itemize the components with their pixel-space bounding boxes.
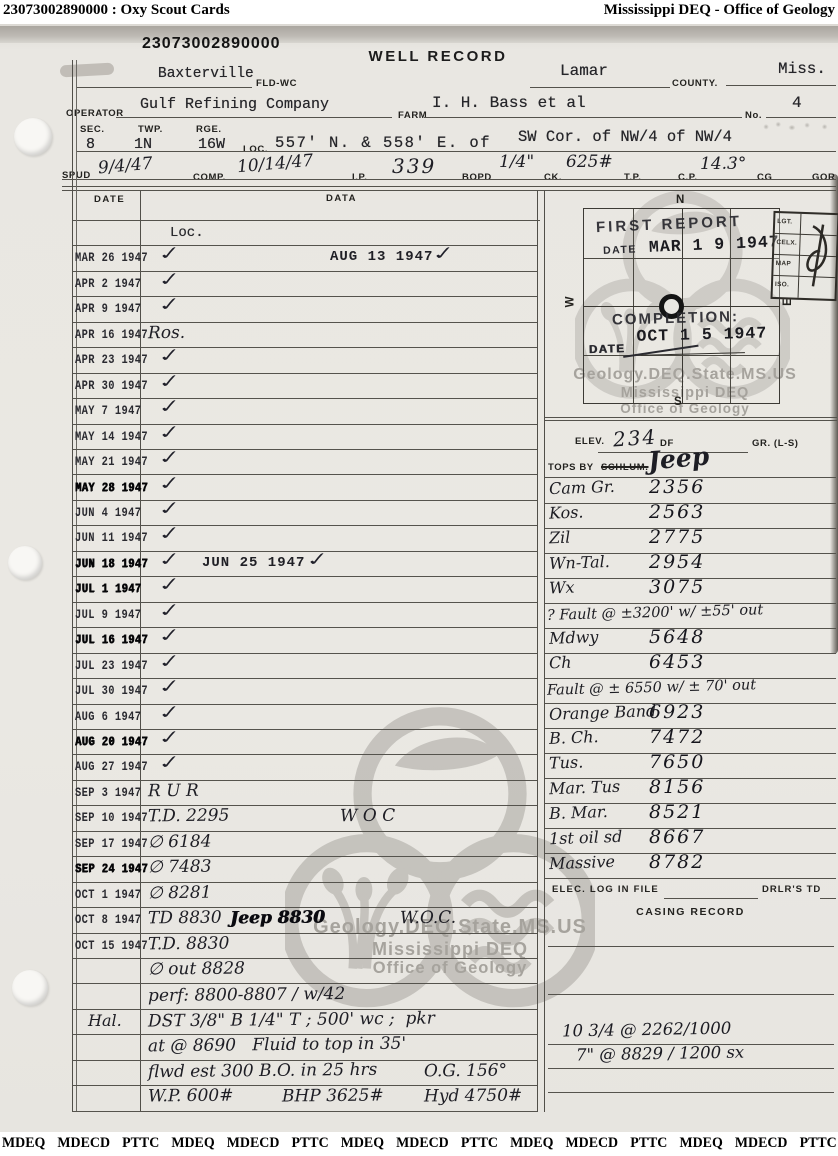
- formation-depth: 8782: [649, 851, 705, 873]
- bopd-value: 1/4": [499, 152, 534, 172]
- formation-depth: 7650: [649, 751, 705, 773]
- row-date: MAY 28 1947: [75, 480, 148, 495]
- formation-top-row: Massive8782: [545, 853, 836, 879]
- formation-name: Massive: [549, 852, 616, 873]
- checkmark-icon: ✓: [156, 547, 184, 570]
- row-date-stamp: AUG 13 1947: [330, 249, 433, 265]
- row-data: at @ 8690 Fluid to top in 35': [148, 1034, 406, 1057]
- row-date: APR 23 1947: [75, 352, 148, 367]
- table-row: AUG 6 1947✓: [72, 704, 537, 730]
- completion-date-label: DATE: [589, 343, 626, 356]
- compass-west: W: [564, 297, 576, 308]
- table-row: APR 2 1947✓: [72, 271, 537, 297]
- row-date: MAR 26 1947: [75, 250, 148, 265]
- table-row: MAR 26 1947✓AUG 13 1947✓: [72, 245, 537, 271]
- row-data-extra: Hyd 4750#: [424, 1086, 522, 1107]
- checkmark-icon: ✓: [156, 573, 184, 596]
- casing-entry: 10 3/4 @ 2262/1000: [562, 1019, 732, 1041]
- checkmark-icon: ✓: [156, 369, 184, 392]
- faint-stamp-marks: [760, 118, 836, 134]
- mini-grid-label: MAP: [776, 260, 792, 268]
- checkmark-icon: ✓: [156, 496, 184, 519]
- row-date: MAY 7 1947: [75, 403, 141, 418]
- row-date: APR 30 1947: [75, 378, 148, 393]
- table-row: JUL 23 1947✓: [72, 653, 537, 679]
- checkmark-icon: ✓: [156, 344, 184, 367]
- checkmark-icon: ✓: [156, 675, 184, 698]
- table-row: OCT 1 1947∅ 8281: [72, 882, 537, 908]
- scout-card-viewer: 23073002890000 : Oxy Scout Cards Mississ…: [0, 0, 838, 1156]
- spud-date: 9/4/47: [97, 154, 153, 179]
- table-row: APR 23 1947✓: [72, 347, 537, 373]
- data-column-header: DATA: [326, 193, 357, 204]
- table-row: MAY 7 1947✓: [72, 398, 537, 424]
- checkmark-icon: ✓: [156, 293, 184, 316]
- formation-depth: 3075: [649, 576, 705, 598]
- casing-row: 7" @ 8829 / 1200 sx: [548, 1044, 834, 1069]
- hole-punch: [8, 546, 42, 580]
- checkmark-icon: ✓: [156, 395, 184, 418]
- elev-label: ELEV.: [575, 436, 605, 447]
- row-date: APR 16 1947: [75, 327, 148, 342]
- table-row: JUN 11 1947✓: [72, 525, 537, 551]
- formation-depth: 8156: [649, 776, 705, 798]
- table-row: AUG 20 1947✓: [72, 729, 537, 755]
- formation-depth: 2563: [649, 501, 705, 523]
- checkmark-icon: ✓: [156, 598, 184, 621]
- formation-depth: 6923: [649, 701, 705, 723]
- checkmark-icon: ✓: [156, 242, 184, 265]
- table-row: at @ 8690 Fluid to top in 35': [72, 1034, 537, 1060]
- row-data-extra: BHP 3625#: [282, 1086, 384, 1107]
- fault-note: ? Fault @ ±3200' w/ ±55' out: [547, 602, 764, 624]
- row-data: Ros.: [148, 323, 185, 343]
- checkmark-icon: ✓: [156, 446, 184, 469]
- row-data: perf: 8800-8807 / w/42: [148, 983, 345, 1005]
- table-row: JUN 18 1947✓JUN 25 1947✓: [72, 551, 537, 577]
- row-data: ∅ 8281: [148, 882, 212, 903]
- formation-name: Kos.: [549, 502, 584, 522]
- completion-stamp: COMPLETION: OCT 1 5 1947 DATE: [602, 308, 739, 329]
- formation-name: Mdwy: [549, 627, 599, 648]
- formation-depth: 7472: [649, 726, 705, 748]
- checkmark-icon: ✓: [156, 751, 184, 774]
- footer-org-ticker: MDEQ MDECD PTTC MDEQ MDECD PTTC MDEQ MDE…: [2, 1135, 838, 1152]
- casing-row-empty: [548, 1068, 834, 1093]
- eraser-smudge: [60, 63, 115, 78]
- row-data: W.P. 600#: [148, 1086, 234, 1107]
- scan-edge-shadow: [0, 26, 838, 43]
- row-date: SEP 17 1947: [75, 836, 148, 851]
- row-date: AUG 20 1947: [75, 734, 148, 749]
- formation-name: Wn-Tal.: [549, 552, 610, 573]
- handwritten-squiggle: [799, 220, 837, 293]
- first-report-date-label: DATE: [603, 243, 637, 256]
- farm-name: I. H. Bass et al: [432, 94, 586, 112]
- row-data: Loc.: [170, 225, 204, 241]
- fault-note: Fault @ ± 6550 w/ ± 70' out: [547, 677, 756, 698]
- field-name: Baxterville: [158, 66, 254, 82]
- checkmark-icon: ✓: [156, 471, 184, 494]
- ip-value: 339: [392, 154, 436, 178]
- county-label: COUNTY.: [672, 78, 718, 89]
- table-row: OCT 15 1947T.D. 8830: [72, 933, 537, 959]
- field-label: FLD-WC: [256, 78, 297, 89]
- rge-label: RGE.: [196, 124, 222, 135]
- viewer-title-right: Mississippi DEQ - Office of Geology: [604, 2, 835, 19]
- mini-grid-label: ISO.: [775, 281, 789, 288]
- table-row: OCT 8 1947TD 8830Jeep 8830W.O.C.: [72, 907, 537, 933]
- checkmark-icon: ✓: [156, 649, 184, 672]
- row-date: AUG 27 1947: [75, 759, 148, 774]
- table-row: flwd est 300 B.O. in 25 hrsO.G. 156°: [72, 1060, 537, 1086]
- drlrs-td-label: DRLR'S TD: [762, 884, 821, 895]
- row-date: JUN 11 1947: [75, 530, 148, 545]
- viewer-footer: MDEQ MDECD PTTC MDEQ MDECD PTTC MDEQ MDE…: [0, 1132, 838, 1156]
- row-date: JUL 9 1947: [75, 607, 141, 622]
- date-column-header: DATE: [94, 194, 125, 205]
- row-data: flwd est 300 B.O. in 25 hrs: [148, 1060, 378, 1082]
- row-data: ∅ 6184: [148, 831, 212, 852]
- gr-label: GR. (L-S): [752, 438, 799, 449]
- compass-north: N: [676, 194, 684, 206]
- loc-reference: SW Cor. of NW/4 of NW/4: [518, 128, 732, 146]
- casing-record-header: CASING RECORD: [545, 906, 836, 918]
- row-date: MAY 21 1947: [75, 454, 148, 469]
- row-date: SEP 10 1947: [75, 810, 148, 825]
- row-date: OCT 1 1947: [75, 887, 141, 902]
- gor-label: GOR: [812, 172, 835, 183]
- table-row: APR 9 1947✓: [72, 296, 537, 322]
- row-date: JUL 30 1947: [75, 683, 148, 698]
- row-data-extra: O.G. 156°: [424, 1060, 507, 1081]
- formation-name: Mar. Tus: [549, 777, 621, 798]
- formation-top-row: Wx3075: [545, 578, 836, 604]
- row-date: JUL 23 1947: [75, 658, 148, 673]
- hole-punch: [12, 970, 48, 1006]
- state-name: Miss.: [778, 60, 826, 78]
- county-name: Lamar: [560, 62, 608, 80]
- compass-south: S: [674, 396, 682, 408]
- table-row: MAY 28 1947✓: [72, 475, 537, 501]
- table-row: MAY 14 1947✓: [72, 424, 537, 450]
- mini-grid-label: LGT.: [777, 218, 793, 226]
- comp-label: COMP.: [193, 172, 226, 183]
- row-date: AUG 6 1947: [75, 709, 141, 724]
- row-data: TD 8830: [148, 908, 222, 929]
- bopd-label: BOPD: [462, 172, 492, 183]
- checkmark-icon: ✓: [156, 700, 184, 723]
- table-row: JUL 16 1947✓: [72, 627, 537, 653]
- api-number: 23073002890000: [142, 35, 281, 53]
- formation-name: Wx: [549, 578, 575, 598]
- sec-label: SEC.: [80, 124, 105, 135]
- formation-name: Tus.: [549, 752, 584, 772]
- formation-depth: 6453: [649, 651, 705, 673]
- table-row: JUN 4 1947✓: [72, 500, 537, 526]
- ck-value: 625#: [566, 152, 613, 172]
- table-row: SEP 17 1947∅ 6184: [72, 831, 537, 857]
- checkmark-icon: ✓: [156, 522, 184, 545]
- table-row: JUL 9 1947✓: [72, 602, 537, 628]
- well-no-label: No.: [745, 110, 762, 121]
- formation-depth: 5648: [649, 626, 705, 648]
- checkmark-icon: ✓: [156, 267, 184, 290]
- ip-label: I.P.: [352, 172, 367, 183]
- table-row: ∅ out 8828: [72, 958, 537, 984]
- row-date: OCT 8 1947: [75, 912, 141, 927]
- tops-by-handwritten: Jeep: [647, 441, 710, 475]
- casing-row: 10 3/4 @ 2262/1000: [548, 1020, 834, 1045]
- row-data: DST 3/8" B 1/4" T ; 500' wc ; pkr: [148, 1008, 435, 1031]
- row-data: ∅ 7483: [148, 857, 212, 878]
- row-data: R U R: [148, 781, 199, 802]
- row-date: JUN 4 1947: [75, 505, 141, 520]
- formation-name: B. Mar.: [549, 802, 608, 823]
- row-date: SEP 3 1947: [75, 785, 141, 800]
- hole-punch: [14, 118, 52, 156]
- cp-label: C.P.: [678, 172, 698, 183]
- table-row: JUL 30 1947✓: [72, 678, 537, 704]
- table-row: SEP 10 1947T.D. 2295W O C: [72, 805, 537, 831]
- viewer-title-left: 23073002890000 : Oxy Scout Cards: [3, 2, 230, 19]
- table-row: Loc.: [72, 220, 537, 246]
- row-data: T.D. 8830: [148, 933, 230, 954]
- operator-name: Gulf Refining Company: [140, 96, 329, 113]
- checkmark-icon: ✓: [156, 420, 184, 443]
- row-date: JUL 16 1947: [75, 632, 148, 647]
- formation-top-row: Ch6453: [545, 653, 836, 679]
- row-date: SEP 24 1947: [75, 861, 148, 876]
- well-no: 4: [792, 94, 802, 112]
- ck-label: CK.: [544, 172, 562, 183]
- casing-entry: 7" @ 8829 / 1200 sx: [576, 1043, 744, 1065]
- formation-depth: 8667: [649, 826, 705, 848]
- farm-label: FARM: [398, 110, 427, 121]
- table-row: AUG 27 1947✓: [72, 754, 537, 780]
- tops-by-label: TOPS BY: [548, 462, 594, 473]
- tops-by-struck: SCHLUM.: [601, 462, 648, 473]
- formation-depth: 2775: [649, 526, 705, 548]
- row-data: ∅ out 8828: [148, 959, 245, 980]
- formation-name: Orange Band: [549, 701, 657, 724]
- row-data-extra: W.O.C.: [400, 908, 456, 929]
- completion-date: OCT 1 5 1947: [636, 323, 767, 345]
- formation-name: 1st oil sd: [549, 827, 623, 849]
- row-date: MAY 14 1947: [75, 429, 148, 444]
- twp-label: TWP.: [138, 124, 163, 135]
- table-row: SEP 24 1947∅ 7483: [72, 856, 537, 882]
- checkmark-icon: ✓: [304, 547, 332, 570]
- row-date: APR 2 1947: [75, 276, 141, 291]
- table-row: SEP 3 1947R U R: [72, 780, 537, 806]
- row-date: Hal.: [88, 1011, 122, 1030]
- row-date: APR 9 1947: [75, 301, 141, 316]
- page-title: WELL RECORD: [298, 48, 578, 65]
- checkmark-icon: ✓: [430, 242, 458, 265]
- checkmark-icon: ✓: [156, 725, 184, 748]
- formation-name: Cam Gr.: [549, 477, 615, 498]
- loc-distance: 557' N. & 558' E. of: [275, 134, 491, 152]
- row-date-stamp: JUN 25 1947: [202, 555, 305, 571]
- cg-label: CG: [757, 172, 772, 183]
- formation-name: B. Ch.: [549, 727, 599, 748]
- checkmark-icon: ✓: [156, 624, 184, 647]
- formation-depth: 2954: [649, 551, 705, 573]
- mini-grid-label: CELX.: [776, 239, 797, 247]
- formation-name: Zil: [549, 528, 571, 548]
- table-row: JUL 1 1947✓: [72, 576, 537, 602]
- formation-name: Ch: [549, 653, 572, 673]
- elec-log-label: ELEC. LOG IN FILE: [552, 884, 659, 895]
- mini-grid-stamp: LGT.CELX.MAPISO.: [770, 211, 838, 301]
- tp-label: T.P.: [624, 172, 642, 183]
- table-row: Hal.DST 3/8" B 1/4" T ; 500' wc ; pkr: [72, 1009, 537, 1035]
- row-date: OCT 15 1947: [75, 938, 148, 953]
- formation-depth: 2356: [649, 476, 705, 498]
- table-row: W.P. 600#BHP 3625#Hyd 4750#: [72, 1085, 537, 1111]
- table-row: perf: 8800-8807 / w/42: [72, 984, 537, 1010]
- viewer-header: 23073002890000 : Oxy Scout Cards Mississ…: [0, 0, 838, 24]
- row-data-extra: Jeep 8830: [230, 908, 325, 929]
- row-data: T.D. 2295: [148, 806, 230, 827]
- scanned-page: Geology.DEQ.State.MS.US Mississippi DEQ …: [0, 24, 838, 1132]
- formation-depth: 8521: [649, 801, 705, 823]
- row-date: JUN 18 1947: [75, 556, 148, 571]
- table-row: APR 16 1947Ros.: [72, 322, 537, 348]
- row-data-extra: W O C: [340, 806, 395, 827]
- loc-label: LOC.: [243, 144, 268, 155]
- cp-value: 14.3°: [700, 154, 746, 174]
- row-date: JUL 1 1947: [75, 581, 141, 596]
- table-row: MAY 21 1947✓: [72, 449, 537, 475]
- table-row: APR 30 1947✓: [72, 373, 537, 399]
